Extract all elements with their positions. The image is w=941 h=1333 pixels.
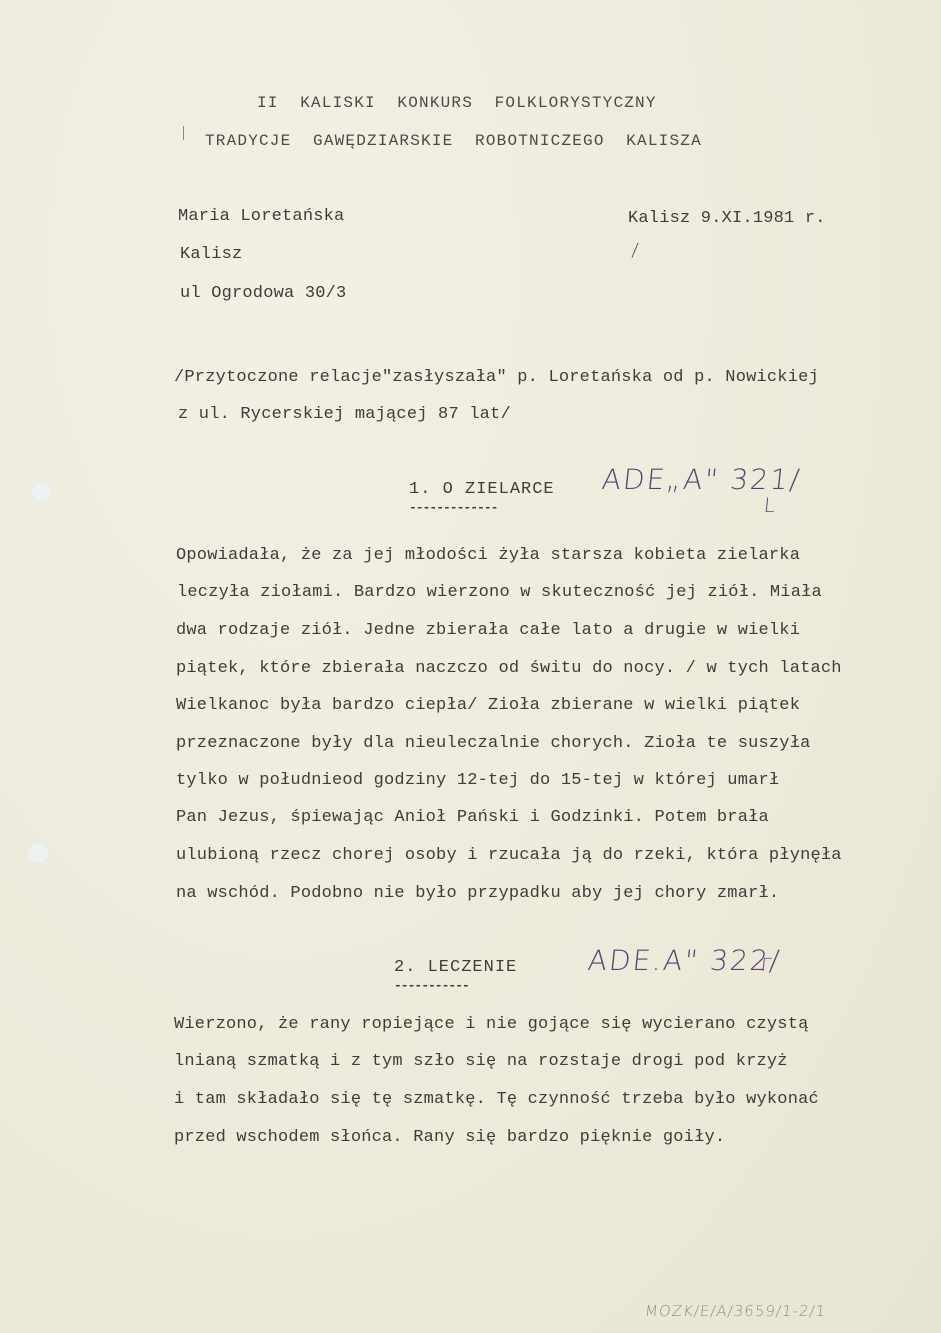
section-title-2: 2. LECZENIE	[394, 958, 517, 977]
body-line: dwa rodzaje ziół. Jedne zbierała całe la…	[176, 621, 800, 640]
archive-signature-2: ADE.A" 322/	[586, 944, 783, 977]
archive-signature-1-sub: L	[763, 493, 779, 517]
archive-signature-2-sub: Γ	[760, 955, 774, 976]
body-line: tylko w południeod godziny 12-tej do 15-…	[176, 771, 779, 790]
body-line: przeznaczone były dla nieuleczalnie chor…	[176, 734, 811, 753]
intro-line-1: /Przytoczone relacje"zasłyszała" p. Lore…	[174, 368, 819, 387]
contest-title: II KALISKI KONKURS FOLKLORYSTYCZNY	[257, 94, 657, 112]
body-line: piątek, które zbierała naczczo od świtu …	[176, 659, 842, 678]
author-name: Maria Loretańska	[178, 207, 344, 226]
author-address: ul Ogrodowa 30/3	[180, 284, 346, 303]
archive-signature-1: ADE„A" 321/	[600, 463, 803, 496]
body-line: Wierzono, że rany ropiejące i nie gojące…	[174, 1015, 809, 1034]
pencil-mark	[183, 126, 184, 140]
document-date: Kalisz 9.XI.1981 r.	[628, 209, 826, 228]
intro-line-2: z ul. Rycerskiej mającej 87 lat/	[178, 405, 511, 424]
section-title-1-underline: -------------	[409, 500, 497, 515]
body-line: przed wschodem słońca. Rany się bardzo p…	[174, 1128, 725, 1147]
body-line: ulubioną rzecz chorej osoby i rzucała ją…	[176, 846, 842, 865]
author-city: Kalisz	[180, 245, 242, 264]
body-line: leczyła ziołami. Bardzo wierzono w skute…	[177, 583, 822, 602]
section-title-2-underline: -----------	[394, 978, 469, 993]
body-line: na wschód. Podobno nie było przypadku ab…	[176, 884, 779, 903]
body-line: Wielkanoc była bardzo ciepła/ Zioła zbie…	[176, 696, 800, 715]
section-title-1: 1. O ZIELARCE	[409, 480, 555, 499]
body-line: Opowiadała, że za jej młodości żyła star…	[176, 546, 800, 565]
punch-hole-top	[31, 481, 53, 503]
document-page: { "header": { "line1": "II KALISKI KONKU…	[0, 0, 941, 1333]
body-line: lnianą szmatką i z tym szło się na rozst…	[174, 1052, 788, 1071]
body-line: i tam składało się tę szmatkę. Tę czynno…	[174, 1090, 819, 1109]
date-handwritten-mark: /	[631, 240, 641, 261]
punch-hole-bottom	[27, 842, 49, 864]
archive-code: MOZK/E/A/3659/1-2/1	[644, 1302, 827, 1320]
collection-title: TRADYCJE GAWĘDZIARSKIE ROBOTNICZEGO KALI…	[205, 132, 702, 150]
body-line: Pan Jezus, śpiewając Anioł Pański i Godz…	[176, 808, 769, 827]
